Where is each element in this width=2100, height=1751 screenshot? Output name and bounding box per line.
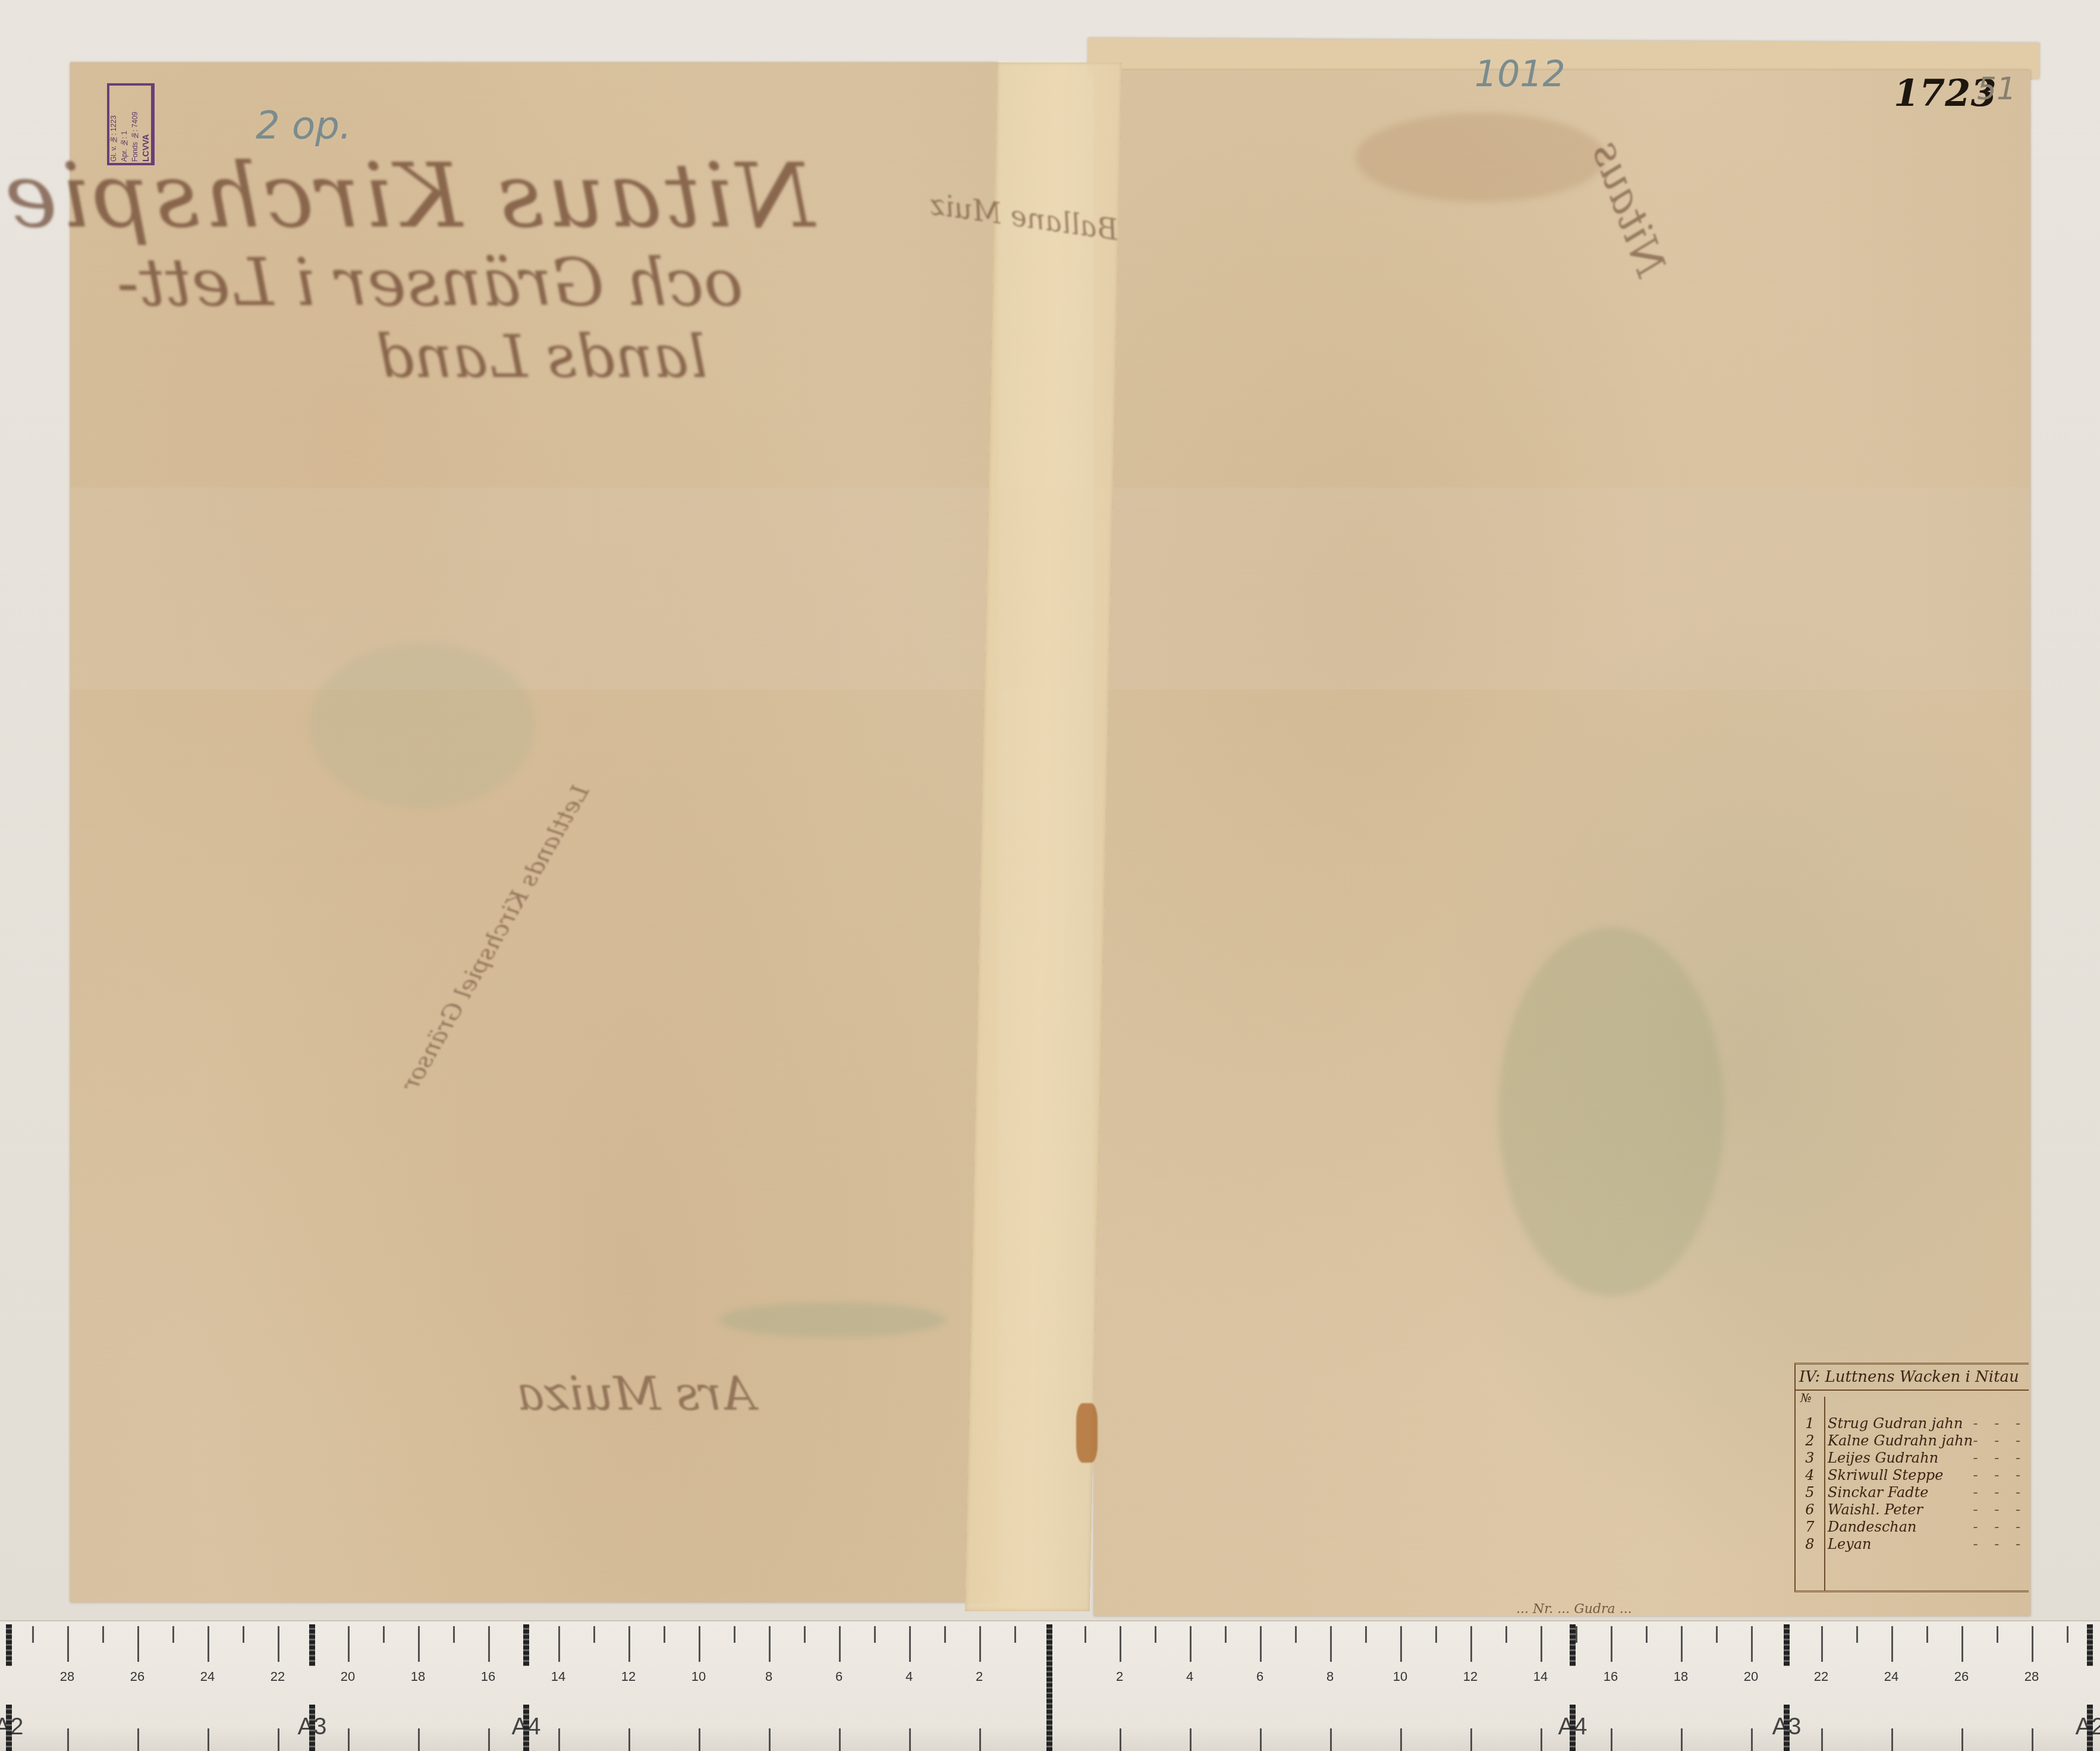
ruler-tick-label: 20 bbox=[341, 1669, 355, 1684]
ruler-tick bbox=[1751, 1728, 1753, 1751]
ruler-tick bbox=[1330, 1626, 1332, 1662]
ruler-tick bbox=[839, 1626, 841, 1662]
paper-size-bar bbox=[1570, 1705, 1576, 1751]
ruler-tick bbox=[839, 1728, 841, 1751]
ruler-tick bbox=[1856, 1626, 1858, 1643]
ruler-tick bbox=[348, 1728, 350, 1751]
ruler-tick-label: 22 bbox=[1814, 1669, 1828, 1684]
ruler-tick-label: 20 bbox=[1744, 1669, 1758, 1684]
ruler-tick-label: 10 bbox=[1393, 1669, 1407, 1684]
ruler-tick bbox=[699, 1626, 700, 1662]
legend-row: 1Strug Gudran jahn- - - bbox=[1796, 1414, 2029, 1432]
ruler-tick-label: 16 bbox=[481, 1669, 495, 1684]
legend-number-label: № bbox=[1796, 1391, 2029, 1409]
ruler-tick-label: 14 bbox=[1533, 1669, 1548, 1684]
paper-size-bar bbox=[2087, 1705, 2093, 1751]
paper-size-bar bbox=[1784, 1624, 1790, 1666]
ruler-tick bbox=[1400, 1626, 1402, 1662]
ruler-tick bbox=[1646, 1626, 1648, 1643]
ruler-tick bbox=[664, 1626, 665, 1643]
ruler-tick bbox=[1435, 1626, 1437, 1643]
legend-row: 8Leyan- - - bbox=[1796, 1535, 2029, 1552]
legend-row: 5Sinckar Fadte- - - bbox=[1796, 1483, 2029, 1501]
ruler-tick bbox=[418, 1728, 420, 1751]
ruler-tick bbox=[208, 1728, 209, 1751]
ruler-tick bbox=[2032, 1626, 2033, 1662]
mirrored-map-title: Nitaus Kirchspiel och Gränser i Lett- la… bbox=[161, 149, 815, 392]
ruler-tick-label: 4 bbox=[1186, 1669, 1193, 1684]
ruler-tick-label: 18 bbox=[411, 1669, 425, 1684]
ruler-tick bbox=[1084, 1626, 1086, 1643]
ruler-tick bbox=[769, 1728, 771, 1751]
ruler-tick bbox=[1541, 1728, 1542, 1751]
legend-row: 7Dandeschan- - - bbox=[1796, 1518, 2029, 1535]
ruler-tick-label: 14 bbox=[551, 1669, 565, 1684]
ruler-tick bbox=[1190, 1728, 1192, 1751]
ruler-tick bbox=[32, 1626, 34, 1643]
bleed-river-left bbox=[309, 642, 535, 809]
ruler-tick bbox=[1225, 1626, 1227, 1643]
ruler-tick bbox=[278, 1728, 279, 1751]
ruler-tick bbox=[1576, 1626, 1577, 1643]
ruler-tick bbox=[1681, 1626, 1683, 1662]
bleed-lake-shape bbox=[1498, 928, 1724, 1296]
ruler-tick bbox=[1470, 1728, 1472, 1751]
legend-row: 4Skriwull Steppe- - - bbox=[1796, 1466, 2029, 1483]
footer-handwriting: ... Nr. ... Gudra ... bbox=[1516, 1602, 1632, 1617]
ruler-tick bbox=[137, 1728, 139, 1751]
ruler-tick-label: 12 bbox=[1463, 1669, 1477, 1684]
ruler-tick bbox=[488, 1728, 490, 1751]
ruler-tick bbox=[1611, 1626, 1612, 1662]
ruler-tick bbox=[1260, 1728, 1262, 1751]
ruler-tick-label: 8 bbox=[1326, 1669, 1334, 1684]
ruler-tick-label: 28 bbox=[2024, 1669, 2039, 1684]
bleed-green-bar bbox=[719, 1302, 945, 1338]
ruler-tick-label: 8 bbox=[765, 1669, 772, 1684]
ruler-tick bbox=[979, 1728, 981, 1751]
ruler-tick bbox=[1541, 1626, 1542, 1662]
ruler-tick bbox=[558, 1728, 560, 1751]
ruler-tick-label: 24 bbox=[1884, 1669, 1898, 1684]
ruler-tick bbox=[558, 1626, 560, 1662]
ruler-tick bbox=[1716, 1626, 1718, 1643]
ruler-tick bbox=[1961, 1728, 1963, 1751]
paper-size-bar bbox=[523, 1705, 529, 1751]
catalog-number-pencil: 1012 bbox=[1475, 54, 1565, 95]
ruler-center-bar bbox=[1046, 1624, 1052, 1751]
ruler-tick bbox=[1997, 1626, 1998, 1643]
ruler-tick bbox=[874, 1626, 876, 1643]
paper-size-bar bbox=[309, 1705, 315, 1751]
ruler-tick bbox=[1821, 1728, 1823, 1751]
ruler-tick bbox=[1611, 1728, 1612, 1751]
ruler-tick bbox=[137, 1626, 139, 1662]
ruler-tick-label: 2 bbox=[1116, 1669, 1123, 1684]
paper-size-bar bbox=[6, 1624, 12, 1666]
ruler-tick-label: 22 bbox=[271, 1669, 285, 1684]
ruler-tick bbox=[944, 1626, 946, 1643]
ruler-tick bbox=[1190, 1626, 1192, 1662]
ruler-tick-label: 24 bbox=[200, 1669, 215, 1684]
ruler-tick bbox=[909, 1626, 911, 1662]
paper-size-bar bbox=[2087, 1624, 2093, 1666]
legend-row: 3Leijes Gudrahn- - - bbox=[1796, 1449, 2029, 1466]
ruler-tick bbox=[1926, 1626, 1928, 1643]
ruler-tick bbox=[979, 1626, 981, 1662]
ruler-tick bbox=[1961, 1626, 1963, 1662]
ruler-tick bbox=[67, 1728, 69, 1751]
ruler-tick bbox=[804, 1626, 806, 1643]
ruler-tick bbox=[1260, 1626, 1262, 1662]
ruler-tick bbox=[1400, 1728, 1402, 1751]
measurement-ruler: 2826242220181614121086422468101214161820… bbox=[0, 1620, 2100, 1751]
ruler-tick bbox=[1365, 1626, 1367, 1643]
ruler-tick bbox=[1014, 1626, 1016, 1643]
ruler-tick bbox=[243, 1626, 244, 1643]
legend-header: IV: Luttnens Wacken i Nitau bbox=[1796, 1365, 2029, 1391]
ruler-tick bbox=[593, 1626, 595, 1643]
ruler-tick bbox=[383, 1626, 385, 1643]
ruler-tick bbox=[628, 1728, 630, 1751]
ruler-tick-label: 4 bbox=[906, 1669, 913, 1684]
ruler-tick-label: 16 bbox=[1604, 1669, 1618, 1684]
legend-table: IV: Luttnens Wacken i Nitau № 1Strug Gud… bbox=[1794, 1363, 2029, 1592]
ruler-tick bbox=[208, 1626, 209, 1662]
ruler-tick bbox=[1120, 1728, 1121, 1751]
ruler-tick bbox=[1821, 1626, 1823, 1662]
ruler-tick bbox=[172, 1626, 174, 1643]
paper-size-bar bbox=[1784, 1705, 1790, 1751]
ruler-tick-label: 6 bbox=[835, 1669, 842, 1684]
legend-rows: 1Strug Gudran jahn- - - 2Kalne Gudrahn j… bbox=[1796, 1414, 2029, 1552]
bleed-stain-top bbox=[1356, 113, 1605, 202]
ruler-tick bbox=[102, 1626, 104, 1643]
catalog-suffix-pencil: 51 bbox=[1977, 71, 2016, 107]
ruler-tick-label: 12 bbox=[621, 1669, 636, 1684]
ruler-tick bbox=[1891, 1728, 1893, 1751]
bleed-rust-spot bbox=[1076, 1403, 1098, 1463]
ruler-tick-label: 2 bbox=[976, 1669, 983, 1684]
ruler-tick-label: 28 bbox=[60, 1669, 74, 1684]
paper-size-bar bbox=[6, 1705, 12, 1751]
ruler-tick-label: 6 bbox=[1256, 1669, 1263, 1684]
bleed-label-ars: Ars Muiza bbox=[517, 1368, 755, 1421]
ruler-tick bbox=[628, 1626, 630, 1662]
ruler-tick bbox=[1120, 1626, 1121, 1662]
pencil-note-2op: 2 op. bbox=[256, 104, 351, 148]
legend-row: 6Waishl. Peter- - - bbox=[1796, 1501, 2029, 1518]
paper-size-bar bbox=[1570, 1624, 1576, 1666]
ruler-tick bbox=[1681, 1728, 1683, 1751]
ruler-tick bbox=[1295, 1626, 1297, 1643]
ruler-tick bbox=[2067, 1626, 2068, 1643]
ruler-tick bbox=[488, 1626, 490, 1662]
ruler-tick bbox=[1751, 1626, 1753, 1662]
ruler-tick bbox=[278, 1626, 279, 1662]
ruler-tick-label: 26 bbox=[130, 1669, 144, 1684]
ruler-tick bbox=[1891, 1626, 1893, 1662]
ruler-tick bbox=[1505, 1626, 1507, 1643]
paper-size-bar bbox=[523, 1624, 529, 1666]
ruler-tick bbox=[909, 1728, 911, 1751]
legend-row: 2Kalne Gudrahn jahn- - - bbox=[1796, 1432, 2029, 1449]
ruler-tick bbox=[67, 1626, 69, 1662]
ruler-tick bbox=[2032, 1728, 2033, 1751]
ruler-tick-label: 26 bbox=[1954, 1669, 1969, 1684]
ruler-tick bbox=[699, 1728, 700, 1751]
ruler-tick bbox=[734, 1626, 735, 1643]
ruler-tick bbox=[418, 1626, 420, 1662]
ruler-tick bbox=[453, 1626, 455, 1643]
ruler-tick bbox=[348, 1626, 350, 1662]
paper-size-bar bbox=[309, 1624, 315, 1666]
ruler-tick-label: 18 bbox=[1674, 1669, 1688, 1684]
ruler-tick bbox=[1330, 1728, 1332, 1751]
ruler-tick bbox=[1155, 1626, 1156, 1643]
ruler-tick-label: 10 bbox=[691, 1669, 706, 1684]
ruler-tick bbox=[769, 1626, 771, 1662]
ruler-tick bbox=[1470, 1626, 1472, 1662]
